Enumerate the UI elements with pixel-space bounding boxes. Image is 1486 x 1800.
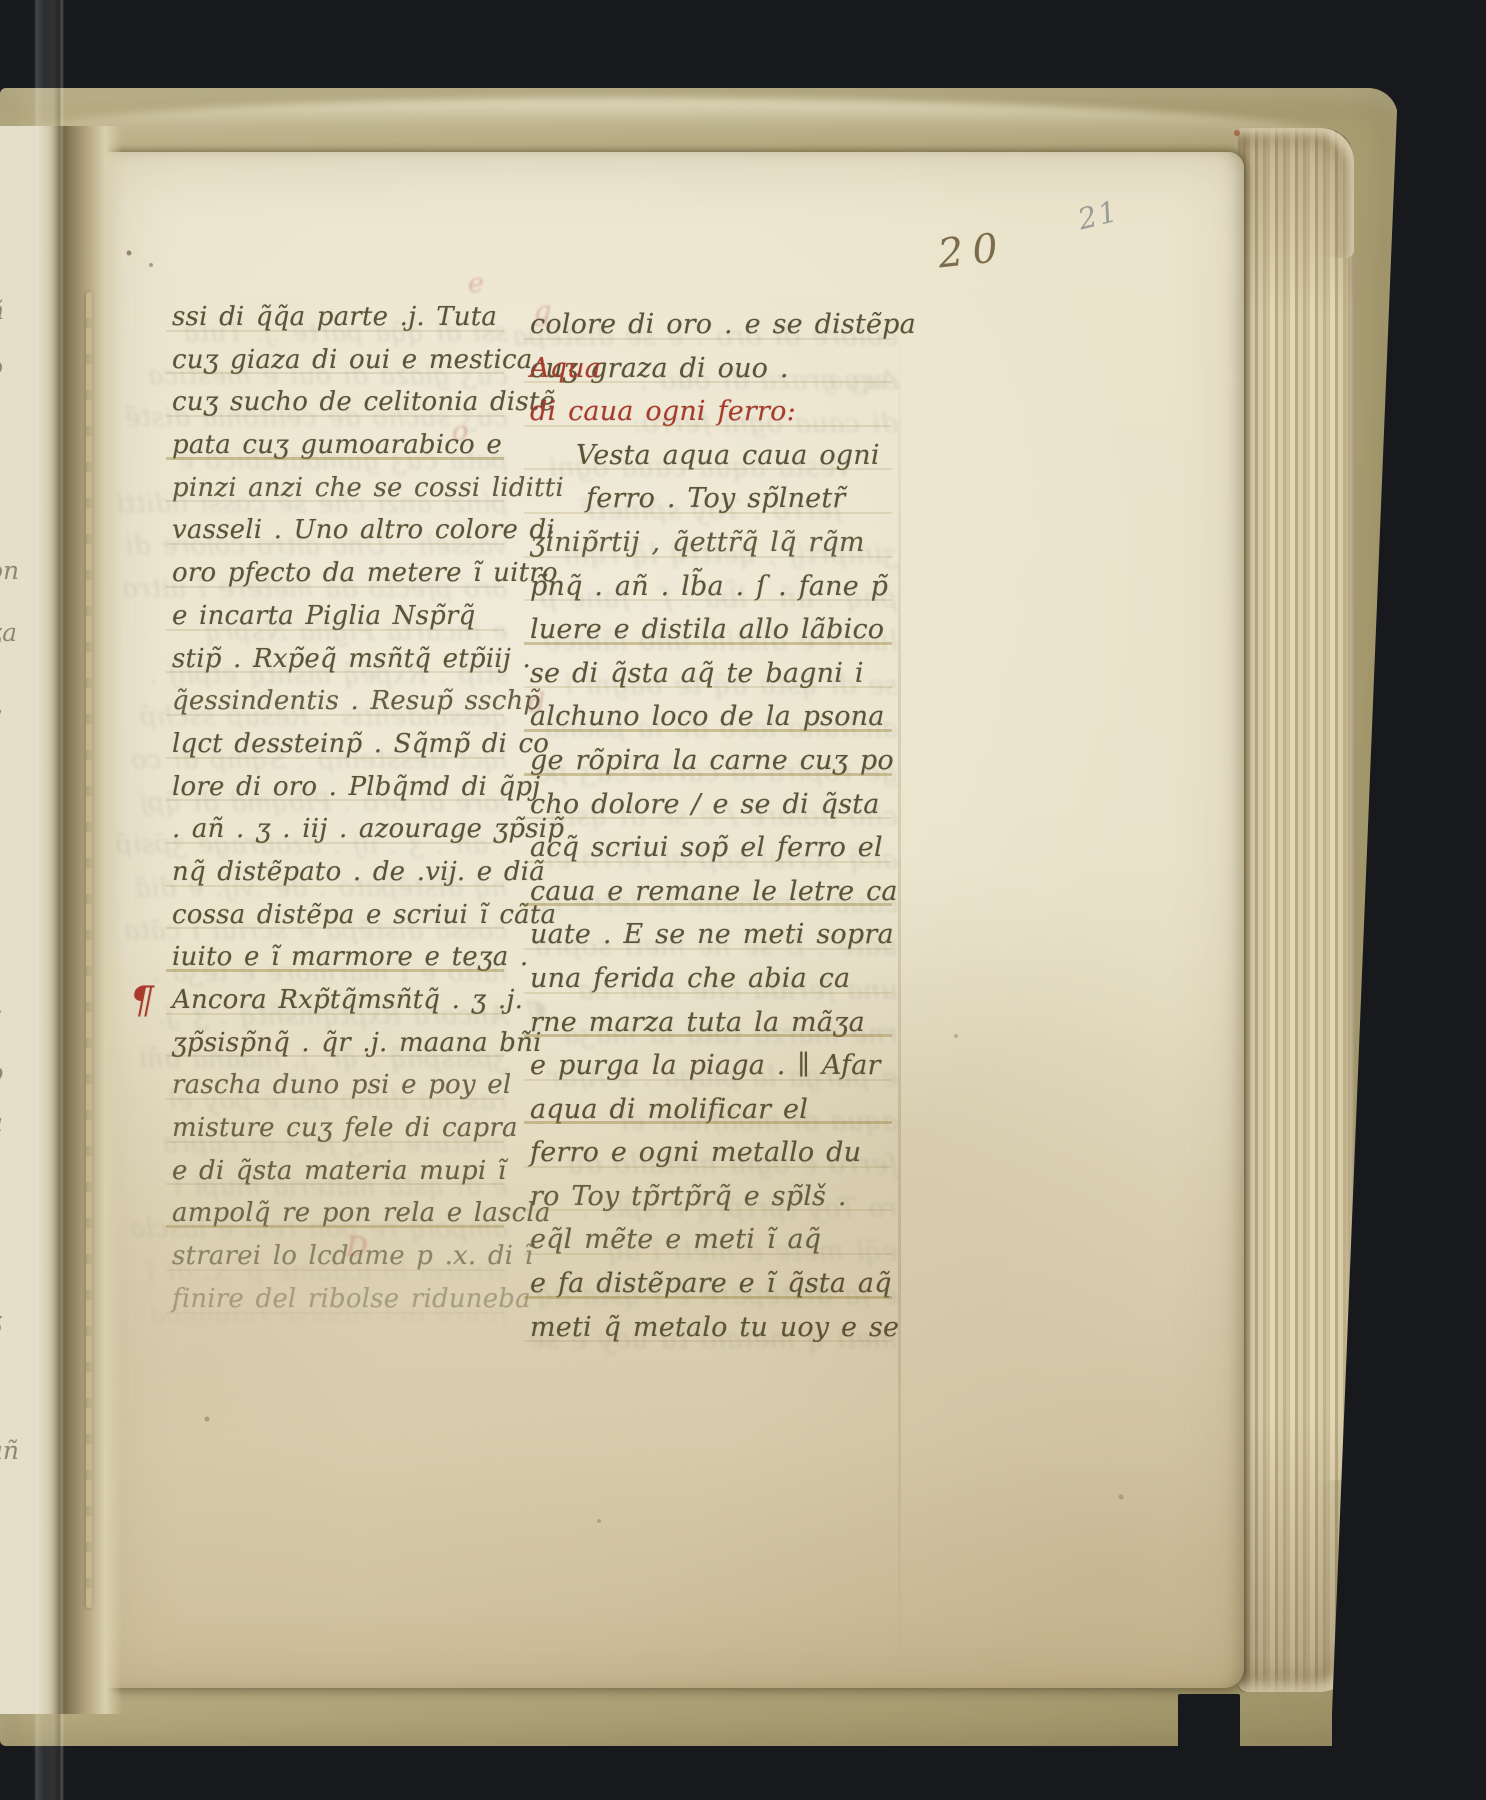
ink-text: p̃nq̃ . añ . lb̃a . ſ . fane p̃ — [530, 565, 888, 609]
manuscript-line: cossa distẽpa e scriui ĩ cãta — [172, 894, 502, 937]
acrylic-strip — [36, 0, 62, 1800]
ink-text: ampolq̃ re pon rela e lascla — [172, 1192, 551, 1235]
manuscript-line: una ferida che abia ca — [530, 957, 890, 1001]
manuscript-line: vasseli . Uno altro colore di — [172, 509, 502, 552]
ink-text: finire del ribolse riduneba — [172, 1278, 531, 1321]
ink-text: rne marza tuta la mãʒa — [530, 1001, 865, 1045]
facing-page-letter-fragment: on — [0, 556, 19, 585]
manuscript-line: ferro . Toy sp̃lnetr̃ — [530, 477, 890, 521]
ink-text: aqua di molificar el — [530, 1088, 808, 1132]
manuscript-line: ro Toy tp̃rtp̃rq̃ e sp̃lš . — [530, 1175, 890, 1219]
manuscript-line: ampolq̃ re pon rela e lascla — [172, 1192, 502, 1235]
facing-page-letter-fragment: añ — [0, 1436, 19, 1465]
cover-notch — [1178, 1694, 1240, 1748]
ink-text: e purga la piaga . ∥ Afar — [530, 1044, 881, 1088]
manuscript-line: ssi di q̃q̃a parte .j. Tuta — [172, 296, 502, 339]
ink-text: eq̃l mẽte e meti ĩ aq̃ — [530, 1218, 821, 1262]
rubric-text: di caua ogni ferro: — [530, 390, 796, 434]
manuscript-line: oro pfecto da metere ĩ uitro — [172, 552, 502, 595]
manuscript-line: acq̃ scriui sop̃ el ferro el — [530, 826, 890, 870]
book-gutter — [62, 126, 122, 1714]
ink-text: luere e distila allo lãbico — [530, 608, 884, 652]
manuscript-line: di caua ogni ferro: — [530, 390, 890, 434]
manuscript-line: e di q̃sta materia mupi ĩ — [172, 1150, 502, 1193]
manuscript-line: ʒinip̃rtij , q̃ettr̃q̃ lq̃ rq̃m — [530, 521, 890, 565]
facing-page-letter-fragment: b — [0, 1058, 4, 1087]
manuscript-line: lore di oro . Plbq̃md di q̃pj — [172, 766, 502, 809]
ink-text: e incarta Piglia Nsp̃rq̃ — [172, 595, 475, 638]
text-column-left: ssi di q̃q̃a parte .j. Tutacuʒ giaza di … — [172, 296, 502, 1321]
ink-text: ro Toy tp̃rtp̃rq̃ e sp̃lš . — [530, 1175, 847, 1219]
fore-edge-page-stack — [1238, 128, 1354, 1692]
folio-number-ink: 20 — [936, 225, 1009, 278]
manuscript-line: finire del ribolse riduneba — [172, 1278, 502, 1321]
manuscript-line: uate . E se ne meti sopra — [530, 913, 890, 957]
manuscript-line: ¶Ancora Rxp̃tq̃msñtq̃ . ʒ .j. — [172, 979, 502, 1022]
manuscript-line: se di q̃sta aq̃ te bagni i — [530, 652, 890, 696]
ink-text: alchuno loco de la psona — [530, 695, 885, 739]
manuscript-line: luere e distila allo lãbico — [530, 608, 890, 652]
ink-text: vasseli . Uno altro colore di — [172, 509, 555, 552]
ink-text: acq̃ scriui sop̃ el ferro el — [530, 826, 883, 870]
ink-text: strarei lo lcdame p .x. di ĩ — [172, 1235, 533, 1278]
manuscript-line: caua e remane le letre ca — [530, 870, 890, 914]
manuscript-line: strarei lo lcdame p .x. di ĩ — [172, 1235, 502, 1278]
ink-text: ferro e ogni metallo du — [530, 1131, 861, 1175]
ink-text: ferro . Toy sp̃lnetr̃ — [586, 477, 846, 521]
ink-text: se di q̃sta aq̃ te bagni i — [530, 652, 864, 696]
ink-text: cuʒ giaza di oui e mestica — [172, 339, 532, 382]
manuscript-line: alchuno loco de la psona — [530, 695, 890, 739]
manuscript-line: cuʒ giaza di oui e mestica — [172, 339, 502, 382]
manuscript-line: rne marza tuta la mãʒa — [530, 1001, 890, 1045]
manuscript-line: e purga la piaga . ∥ Afar — [530, 1044, 890, 1088]
ink-text: meti q̃ metalo tu uoy e se — [530, 1306, 899, 1350]
manuscript-line: p̃nq̃ . añ . lb̃a . ſ . fane p̃ — [530, 565, 890, 609]
manuscript-line: e fa distẽpare e ĩ q̃sta aq̃ — [530, 1262, 890, 1306]
ink-text: ʒp̃sisp̃nq̃ . q̃r .j. maana bñi — [172, 1022, 542, 1065]
facing-page-letter-fragment: ʒ — [0, 1306, 2, 1335]
ink-text: rascha duno psi e poy el — [172, 1064, 511, 1107]
page-stack-corner-top — [1238, 128, 1354, 258]
ink-text: ssi di q̃q̃a parte .j. Tuta — [172, 296, 497, 339]
ink-text: ge rõpira la carne cuʒ po — [530, 739, 894, 783]
ink-text: . añ . ʒ . iij . azourage ʒp̃sip̃ — [172, 808, 564, 851]
ink-text: oro pfecto da metere ĩ uitro — [172, 552, 558, 595]
manuscript-line: meti q̃ metalo tu uoy e se — [530, 1306, 890, 1350]
ink-text: e di q̃sta materia mupi ĩ — [172, 1150, 506, 1193]
ink-text: cuʒ sucho de celitonia distẽ — [172, 381, 555, 424]
manuscript-line: cuʒ sucho de celitonia distẽ — [172, 381, 502, 424]
manuscript-line: misture cuʒ fele di capra — [172, 1107, 502, 1150]
ink-text: cho dolore / e se di q̃sta — [530, 783, 880, 827]
manuscript-line: stip̃ . Rxp̃eq̃ msñtq̃ etp̃iij . — [172, 638, 502, 681]
ink-text: iuito e ĩ marmore e teʒa . — [172, 936, 528, 979]
ink-text: stip̃ . Rxp̃eq̃ msñtq̃ etp̃iij . — [172, 638, 531, 681]
manuscript-line: nq̃ distẽpato . de .vij. e diã — [172, 851, 502, 894]
pilcrow-mark: ¶ — [130, 979, 163, 1022]
ink-text: pinzi anzi che se cossi liditti — [172, 467, 564, 510]
manuscript-line: pinzi anzi che se cossi liditti — [172, 467, 502, 510]
facing-page-letter-fragment: o — [0, 352, 3, 381]
red-show-through-mark: e — [468, 268, 484, 299]
manuscript-line: iuito e ĩ marmore e teʒa . — [172, 936, 502, 979]
ink-text: Vesta aqua caua ogni — [576, 434, 880, 478]
parchment-crease — [898, 320, 901, 1680]
binding-thread — [86, 292, 92, 1608]
ink-text: lore di oro . Plbq̃md di q̃pj — [172, 766, 540, 809]
ink-text: q̃essindentis . Resup̃ sschp̃ — [172, 680, 540, 723]
manuscript-line: cuʒ graza di ouo . Aqua — [530, 347, 890, 391]
manuscript-line: . añ . ʒ . iij . azourage ʒp̃sip̃ — [172, 808, 502, 851]
facing-page-letter-fragment: ñ — [0, 296, 4, 325]
manuscript-line: eq̃l mẽte e meti ĩ aq̃ — [530, 1218, 890, 1262]
ink-text: Ancora Rxp̃tq̃msñtq̃ . ʒ .j. — [172, 979, 523, 1022]
ink-text: caua e remane le letre ca — [530, 870, 898, 914]
rubric-text: Aqua — [530, 347, 601, 391]
manuscript-line: lqct dessteinp̃ . Sq̃mp̃ di co — [172, 723, 502, 766]
parchment-specks — [0, 0, 2, 2]
ink-text: pata cuʒ gumoarabico e — [172, 424, 502, 467]
manuscript-line: cho dolore / e se di q̃sta — [530, 783, 890, 827]
manuscript-line: pata cuʒ gumoarabico e — [172, 424, 502, 467]
facing-page-letter-fragment: ʒa — [0, 618, 17, 647]
ink-text: lqct dessteinp̃ . Sq̃mp̃ di co — [172, 723, 549, 766]
manuscript-line: rascha duno psi e poy el — [172, 1064, 502, 1107]
manuscript-line: colore di oro . e se distẽpa — [530, 303, 890, 347]
ink-text: uate . E se ne meti sopra — [530, 913, 894, 957]
ink-text: cossa distẽpa e scriui ĩ cãta — [172, 894, 556, 937]
manuscript-line: e incarta Piglia Nsp̃rq̃ — [172, 595, 502, 638]
manuscript-line: Vesta aqua caua ogni — [530, 434, 890, 478]
ink-text: misture cuʒ fele di capra — [172, 1107, 518, 1150]
manuscript-line: ʒp̃sisp̃nq̃ . q̃r .j. maana bñi — [172, 1022, 502, 1065]
ink-text: e fa distẽpare e ĩ q̃sta aq̃ — [530, 1262, 892, 1306]
manuscript-line: ferro e ogni metallo du — [530, 1131, 890, 1175]
ink-text: colore di oro . e se distẽpa — [530, 303, 916, 347]
manuscript-line: ge rõpira la carne cuʒ po — [530, 739, 890, 783]
ink-text: una ferida che abia ca — [530, 957, 850, 1001]
facing-page-letter-fragment: a — [0, 1108, 3, 1137]
manuscript-line: aqua di molificar el — [530, 1088, 890, 1132]
manuscript-line: q̃essindentis . Resup̃ sschp̃ — [172, 680, 502, 723]
ink-text: nq̃ distẽpato . de .vij. e diã — [172, 851, 545, 894]
text-column-right: colore di oro . e se distẽpacuʒ graza di… — [530, 303, 890, 1349]
manuscript-photo: ñoonʒarſbaʒañ ssi di q̃q̃a parte .j. Tut… — [0, 0, 1486, 1800]
ink-text: ʒinip̃rtij , q̃ettr̃q̃ lq̃ rq̃m — [530, 521, 865, 565]
